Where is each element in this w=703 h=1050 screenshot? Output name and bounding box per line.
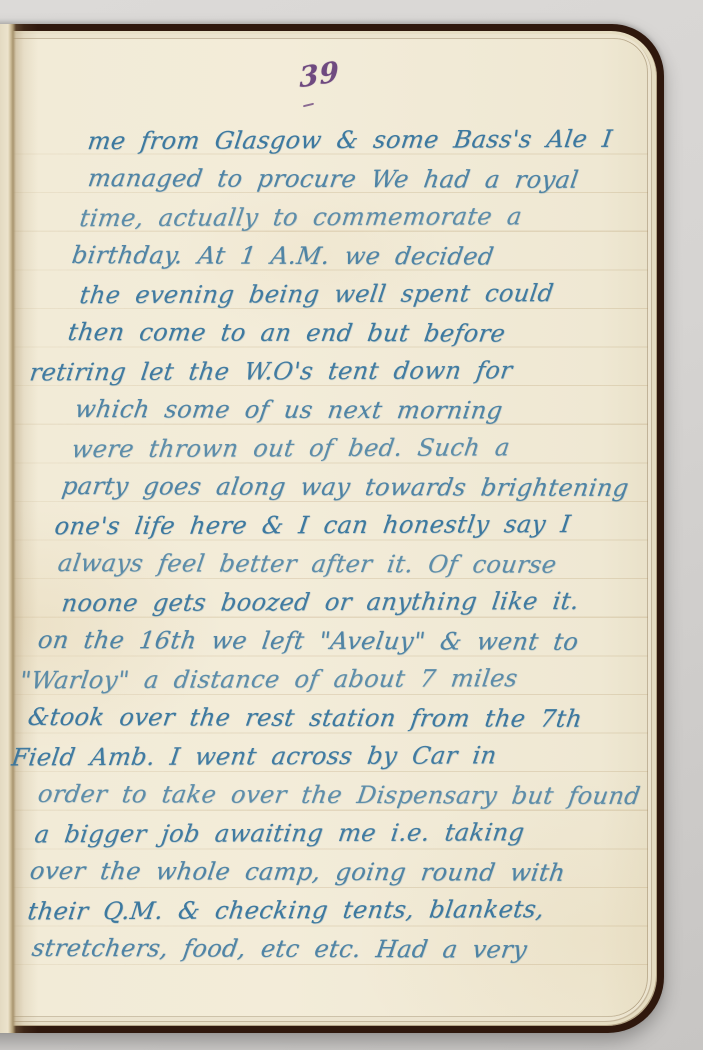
handwriting-line: retiring let the W.O's tent down for	[27, 351, 673, 392]
handwriting-line: me from Glasgow & some Bass's Ale I	[27, 120, 673, 161]
handwriting-line: order to take over the Dispensary but fo…	[27, 774, 672, 815]
handwriting-line: the evening being well spent could	[27, 274, 673, 315]
handwriting-line: always feel better after it. Of course	[27, 543, 672, 584]
handwriting-line: one's life here & I can honestly say I	[27, 505, 673, 546]
handwriting-line: Field Amb. I went across by Car in	[9, 736, 673, 777]
handwriting-line: their Q.M. & checking tents, blankets,	[25, 890, 673, 931]
handwriting-block: me from Glasgow & some Bass's Ale I mana…	[30, 121, 670, 968]
page-number: 39	[299, 55, 341, 95]
handwriting-line: then come to an end but before	[27, 312, 672, 353]
handwriting-line: birthday. At 1 A.M. we decided	[27, 235, 672, 276]
handwriting-line: over the whole camp, going round with	[27, 851, 672, 892]
handwriting-line: a bigger job awaiting me i.e. taking	[27, 813, 673, 854]
handwriting-line: noone gets boozed or anything like it.	[27, 582, 673, 623]
handwriting-line: which some of us next morning	[27, 389, 672, 430]
handwriting-line: &took over the rest station from the 7th	[25, 697, 672, 738]
handwriting-line: managed to procure We had a royal	[27, 158, 672, 199]
handwriting-line: stretchers, food, etc etc. Had a very	[27, 928, 672, 969]
handwriting-line: "Warloy" a distance of about 7 miles	[17, 659, 673, 700]
handwriting-line: time, actually to commemorate a	[27, 197, 673, 238]
handwriting-line: were thrown out of bed. Such a	[27, 428, 673, 469]
handwriting-line: party goes along way towards brightening	[27, 466, 672, 507]
handwriting-line: on the 16th we left "Aveluy" & went to	[27, 620, 672, 661]
